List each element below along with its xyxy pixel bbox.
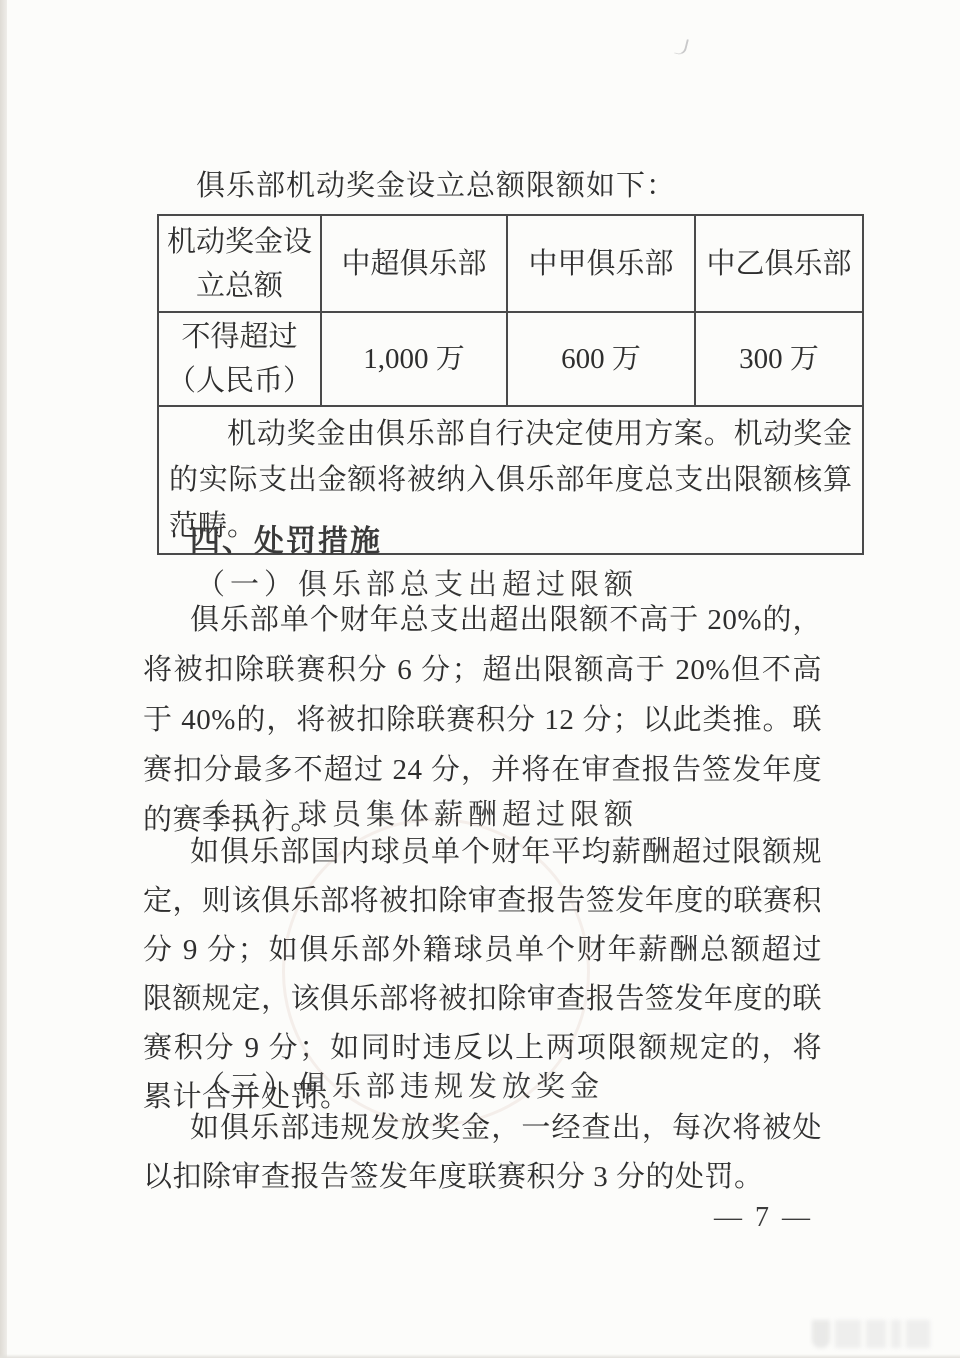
scan-speck <box>674 37 689 56</box>
ghost-blob <box>891 1320 901 1348</box>
limit-value-league-two: 300 万 <box>695 312 863 406</box>
ghost-blob <box>906 1320 930 1348</box>
limit-row-label: 不得超过（人民币） <box>158 312 321 406</box>
scan-ghost-marks <box>812 1320 952 1354</box>
section-title-penalties: 四、处罚措施 <box>190 516 382 560</box>
scan-edge-bottom <box>0 1354 960 1358</box>
ghost-blob <box>866 1320 886 1348</box>
table-header-label: 机动奖金设立总额 <box>158 215 321 312</box>
subsection-heading-2: （二）球员集体薪酬超过限额 <box>196 792 638 833</box>
limit-value-league-one: 600 万 <box>507 312 695 406</box>
document-page: 俱乐部机动奖金设立总额限额如下： 机动奖金设立总额 中超俱乐部 中甲俱乐部 中乙… <box>0 0 960 1358</box>
scan-edge <box>0 0 7 1358</box>
table-limit-row: 不得超过（人民币） 1,000 万 600 万 300 万 <box>158 312 863 406</box>
ghost-blob <box>835 1320 861 1348</box>
bonus-limit-table: 机动奖金设立总额 中超俱乐部 中甲俱乐部 中乙俱乐部 不得超过（人民币） 1,0… <box>157 214 864 555</box>
table-header-csl: 中超俱乐部 <box>321 215 507 312</box>
subsection-body-3: 如俱乐部违规发放奖金，一经查出，每次将被处以扣除审查报告签发年度联赛积分 3 分… <box>143 1104 822 1202</box>
table-header-league-two: 中乙俱乐部 <box>695 215 863 312</box>
intro-line: 俱乐部机动奖金设立总额限额如下： <box>196 166 836 206</box>
page-number: — 7 — <box>143 1202 813 1234</box>
table-header-row: 机动奖金设立总额 中超俱乐部 中甲俱乐部 中乙俱乐部 <box>158 215 863 312</box>
ghost-blob <box>812 1320 830 1348</box>
table-header-league-one: 中甲俱乐部 <box>507 215 695 312</box>
limit-value-csl: 1,000 万 <box>321 312 507 406</box>
subsection-heading-3: （三）俱乐部违规发放奖金 <box>196 1064 604 1105</box>
